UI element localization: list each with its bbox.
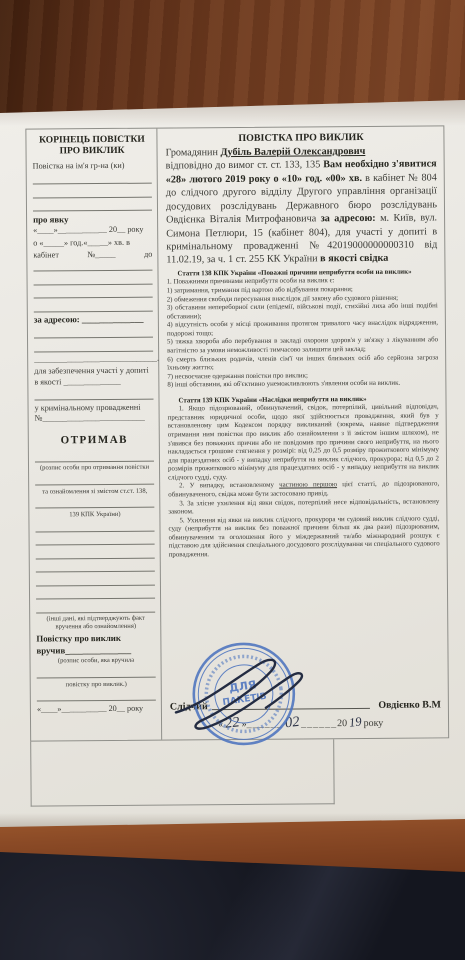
text-segment: 5. Ухилення від явки на виклик слідчого,… — [168, 515, 439, 558]
stub-rule — [36, 547, 155, 559]
article-line: 8) інші обставини, які об'єктивно унемож… — [167, 380, 438, 391]
stub-tiny: (розпис особи про отримання повістки — [35, 464, 154, 473]
stub-text: у кримінальному провадженні №___________… — [35, 402, 154, 424]
stub-rule — [34, 327, 153, 339]
stub-rule — [33, 187, 152, 199]
stub-spread: кабінет№_____до — [33, 249, 152, 259]
stub-rule — [36, 588, 155, 600]
stub-rule — [36, 561, 155, 573]
article-line: 3) обставини непереборної сили (епідемії… — [167, 303, 438, 322]
text-segment: Громадянин — [166, 147, 221, 158]
stub-text: ______________________________. — [34, 354, 153, 366]
stub-rule — [34, 300, 153, 312]
stub-boldline: за адресою: ______________ — [34, 314, 153, 326]
text-segment: частиною першою — [279, 482, 337, 489]
article-paragraph: 2. У випадку, встановленому частиною пер… — [168, 481, 439, 500]
stub-rule — [37, 690, 156, 702]
stub-rule — [35, 520, 154, 532]
article-138-lines: 1. Поважними причинами неприбуття особи … — [167, 277, 439, 390]
stub-spread-part: кабінет — [33, 250, 59, 259]
stub-rule — [37, 667, 156, 679]
stub-boldline: Повістку про виклик вручив______________… — [36, 633, 155, 657]
stub-received: ОТРИМАВ — [35, 434, 154, 447]
stub-text: о «_____» год.«_____» хв. в — [33, 237, 152, 249]
summons-body-paragraph: відповідно до вимог ст. ст. 133, 135 Вам… — [166, 158, 438, 268]
article-paragraph: 3. За злісне ухилення від явки свідок, п… — [168, 498, 439, 517]
stub-rule — [34, 340, 153, 352]
stub-spread-part: №_____ — [87, 250, 115, 259]
text-segment: 2. У випадку, встановленому — [179, 482, 279, 490]
article-paragraph: 1. Якщо підозрюваний, обвинувачений, сві… — [168, 404, 440, 483]
article-line: 5) тяжка хвороба або перебування в закла… — [167, 337, 438, 356]
stub-rule — [34, 389, 153, 401]
text-segment: 1. Якщо підозрюваний, обвинувачений, сві… — [168, 404, 439, 482]
text-segment: за адресою: — [321, 213, 376, 224]
stub-rule — [36, 574, 155, 586]
stub-rule — [34, 287, 153, 299]
stub-tiny: повістку про виклик.) — [37, 680, 156, 689]
stub-rule — [36, 601, 155, 613]
stub-rule — [33, 200, 152, 212]
stub-tiny: (інші дані, які підтверджують факт вруче… — [36, 615, 155, 632]
article-138-block: Стаття 138 КПК України «Поважні причини … — [166, 268, 438, 390]
stub-spread-part: до — [144, 249, 152, 258]
article-139-block: Стаття 139 КПК України «Наслідки неприбу… — [167, 395, 439, 560]
stub-rule — [36, 534, 155, 546]
stub-rule — [35, 474, 154, 486]
stub-tiny: (розпис особи, яка вручила — [37, 657, 156, 666]
stub-rule — [34, 273, 153, 285]
text-segment: відповідно до вимог ст. ст. 133, 135 — [166, 160, 324, 172]
stub-rule — [35, 497, 154, 509]
investigator-name: Овдієнко В.М — [378, 699, 441, 710]
text-segment: 3. За злісне ухилення від явки свідок, п… — [168, 498, 439, 516]
stub-rule — [35, 451, 154, 463]
stub-text: «____»____________ 20__ року — [33, 225, 152, 237]
article-line: 4) відсутність особи у місці проживання … — [167, 320, 438, 339]
stub-tiny: 139 КПК України) — [35, 511, 154, 520]
text-segment: в якості свідка — [320, 253, 388, 265]
paper-sheet: КОРІНЕЦЬ ПОВІСТКИ ПРО ВИКЛИКПовістка на … — [0, 100, 465, 827]
summons-form: КОРІНЕЦЬ ПОВІСТКИ ПРО ВИКЛИКПовістка на … — [0, 98, 465, 829]
article-139-paragraphs: 1. Якщо підозрюваний, обвинувачений, сві… — [168, 404, 440, 560]
article-paragraph: 5. Ухилення від явки на виклик слідчого,… — [168, 515, 439, 560]
photo-of-summons-document: КОРІНЕЦЬ ПОВІСТКИ ПРО ВИКЛИКПовістка на … — [0, 0, 465, 960]
article-line: 6) смерть близьких родичів, членів сім'ї… — [167, 354, 438, 373]
stub-rule — [33, 173, 152, 185]
stub-text: Повістка на ім'я гр-на (ки) — [33, 161, 152, 173]
stub-text: «____»___________ 20__ року — [37, 704, 156, 716]
summons-title: ПОВІСТКА ПРО ВИКЛИК — [165, 131, 436, 144]
stub-column: КОРІНЕЦЬ ПОВІСТКИ ПРО ВИКЛИКПовістка на … — [26, 129, 162, 741]
stub-tiny: та ознайомлення зі змістом ст.ст. 138, — [35, 487, 154, 496]
stub-title: КОРІНЕЦЬ ПОВІСТКИ ПРО ВИКЛИК — [32, 135, 151, 159]
date-suffix: року — [364, 718, 384, 729]
stub-rule — [33, 260, 152, 272]
stub-bold: про явку — [33, 214, 152, 225]
stub-text: для забезпечення участі у допиті в якост… — [34, 366, 153, 388]
investigator-pen-signature — [169, 647, 355, 743]
text-segment: Дубіль Валерій Олександрович — [220, 146, 365, 158]
